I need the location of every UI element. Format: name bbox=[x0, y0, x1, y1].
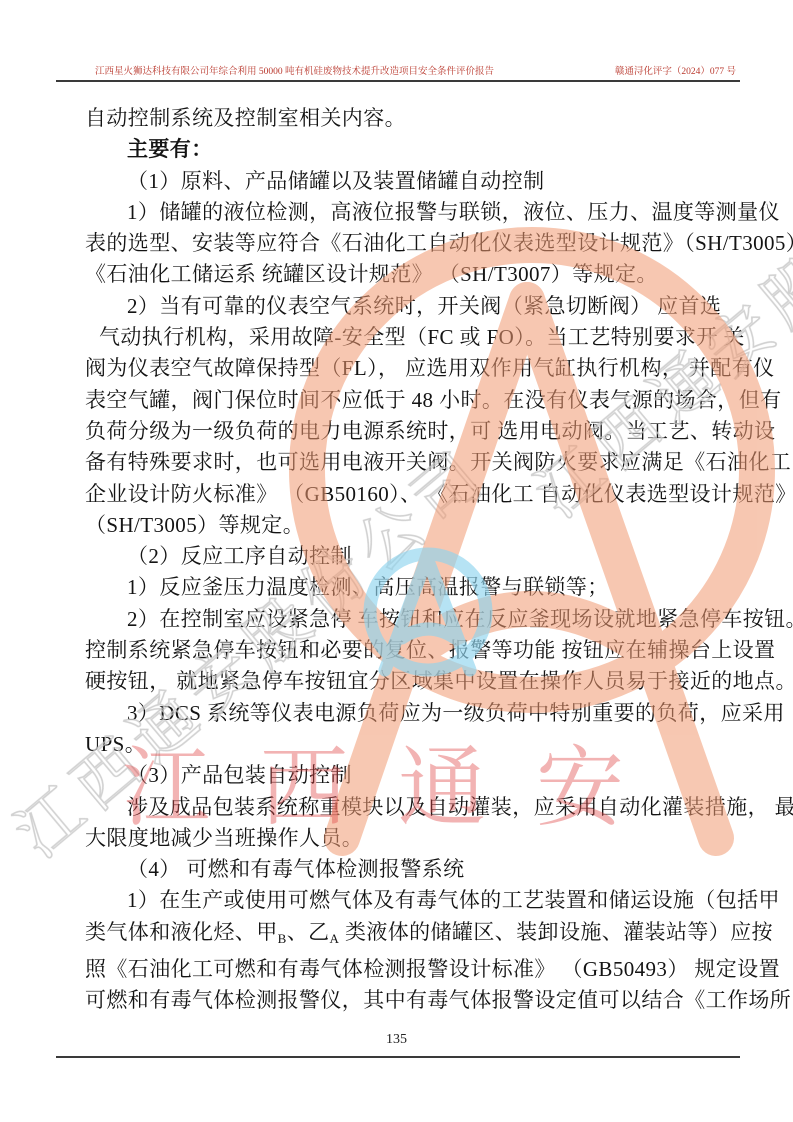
subscript-b: B bbox=[278, 931, 287, 946]
body-line: 《石油化工储运系 统罐区设计规范》 （SH/T3007）等规定。 bbox=[85, 259, 717, 290]
body-line: 自动控制系统及控制室相关内容。 bbox=[85, 103, 717, 134]
page-number: 135 bbox=[0, 1032, 793, 1048]
body-line: （1）原料、产品储罐以及装置储罐自动控制 bbox=[85, 166, 717, 197]
body-line: 负荷分级为一级负荷的电力电源系统时，可 选用电动阀。当工艺、转动设 bbox=[85, 416, 717, 447]
body-line: 可燃和有毒气体检测报警仪，其中有毒气体报警设定值可以结合《工作场所 bbox=[85, 985, 717, 1016]
body-line: 1）反应釜压力温度检测、高压高温报警与联锁等； bbox=[85, 572, 717, 603]
body-line: 照《石油化工可燃和有毒气体检测报警设计标准》 （GB50493） 规定设置 bbox=[85, 954, 717, 985]
body-line: 涉及成品包装系统称重模块以及自动灌装，应采用自动化灌装措施， 最 bbox=[85, 792, 717, 823]
body-text-segment: 类液体的储罐区、装卸设施、灌装站等）应按 bbox=[339, 920, 773, 944]
body-line: （2）反应工序自动控制 bbox=[85, 541, 717, 572]
body-line: （SH/T3005）等规定。 bbox=[85, 510, 717, 541]
body-line: 2）在控制室应设紧急停 车按钮和应在反应釜现场设就地紧急停车按钮。 bbox=[85, 604, 717, 635]
body-text-segment: 、乙 bbox=[287, 920, 330, 944]
body-line: 备有特殊要求时，也可选用电液开关阀。开关阀防火要求应满足《石油化工 bbox=[85, 447, 717, 478]
body-line: 阀为仪表空气故障保持型（FL）， 应选用双作用气缸执行机构， 并配有仪 bbox=[85, 353, 717, 384]
header-doc-number: 赣通浔化评字（2024）077 号 bbox=[615, 63, 736, 77]
body-line: 1）在生产或使用可燃气体及有毒气体的工艺装置和储运设施（包括甲 bbox=[85, 885, 717, 916]
document-page: 江西星火狮达科技有限公司年综合利用 50000 吨有机硅废物技术提升改造项目安全… bbox=[0, 0, 793, 1122]
document-body: 自动控制系统及控制室相关内容。 主要有： （1）原料、产品储罐以及装置储罐自动控… bbox=[85, 103, 717, 1017]
body-line: 硬按钮， 就地紧急停车按钮宜分区域集中设置在操作人员易于接近的地点。 bbox=[85, 666, 717, 697]
body-line: 3）DCS 系统等仪表电源负荷应为一级负荷中特别重要的负荷，应采用 bbox=[85, 698, 717, 729]
header-report-title: 江西星火狮达科技有限公司年综合利用 50000 吨有机硅废物技术提升改造项目安全… bbox=[95, 63, 494, 77]
body-line-heading: 主要有： bbox=[85, 134, 717, 165]
subscript-a: A bbox=[330, 931, 340, 946]
body-line: 1）储罐的液位检测，高液位报警与联锁，液位、压力、温度等测量仪 bbox=[85, 197, 717, 228]
body-line: 2）当有可靠的仪表空气系统时，开关阀（紧急切断阀） 应首选 bbox=[85, 291, 717, 322]
header-rule bbox=[56, 80, 740, 82]
body-line-with-subscripts: 类气体和液化烃、甲B、乙A 类液体的储罐区、装卸设施、灌装站等）应按 bbox=[85, 917, 717, 954]
footer-rule bbox=[56, 1056, 740, 1058]
body-line: 企业设计防火标准》 （GB50160）、 《石油化工 自动化仪表选型设计规范》 bbox=[85, 479, 717, 510]
body-text-segment: 类气体和液化烃、甲 bbox=[85, 920, 278, 944]
body-line: 控制系统紧急停车按钮和必要的复位、报警等功能 按钮应在辅操台上设置 bbox=[85, 635, 717, 666]
body-line: 大限度地减少当班操作人员。 bbox=[85, 823, 717, 854]
body-line: UPS。 bbox=[85, 729, 717, 760]
body-line: （4） 可燃和有毒气体检测报警系统 bbox=[85, 854, 717, 885]
body-line: （3）产品包装自动控制 bbox=[85, 760, 717, 791]
body-line: 表空气罐，阀门保位时间不应低于 48 小时。在没有仪表气源的场合，但有 bbox=[85, 385, 717, 416]
body-line: 气动执行机构，采用故障-安全型（FC 或 FO）。当工艺特别要求开 关 bbox=[85, 322, 717, 353]
body-line: 表的选型、安装等应符合《石油化工自动化仪表选型设计规范》（SH/T3005）、 bbox=[85, 228, 717, 259]
